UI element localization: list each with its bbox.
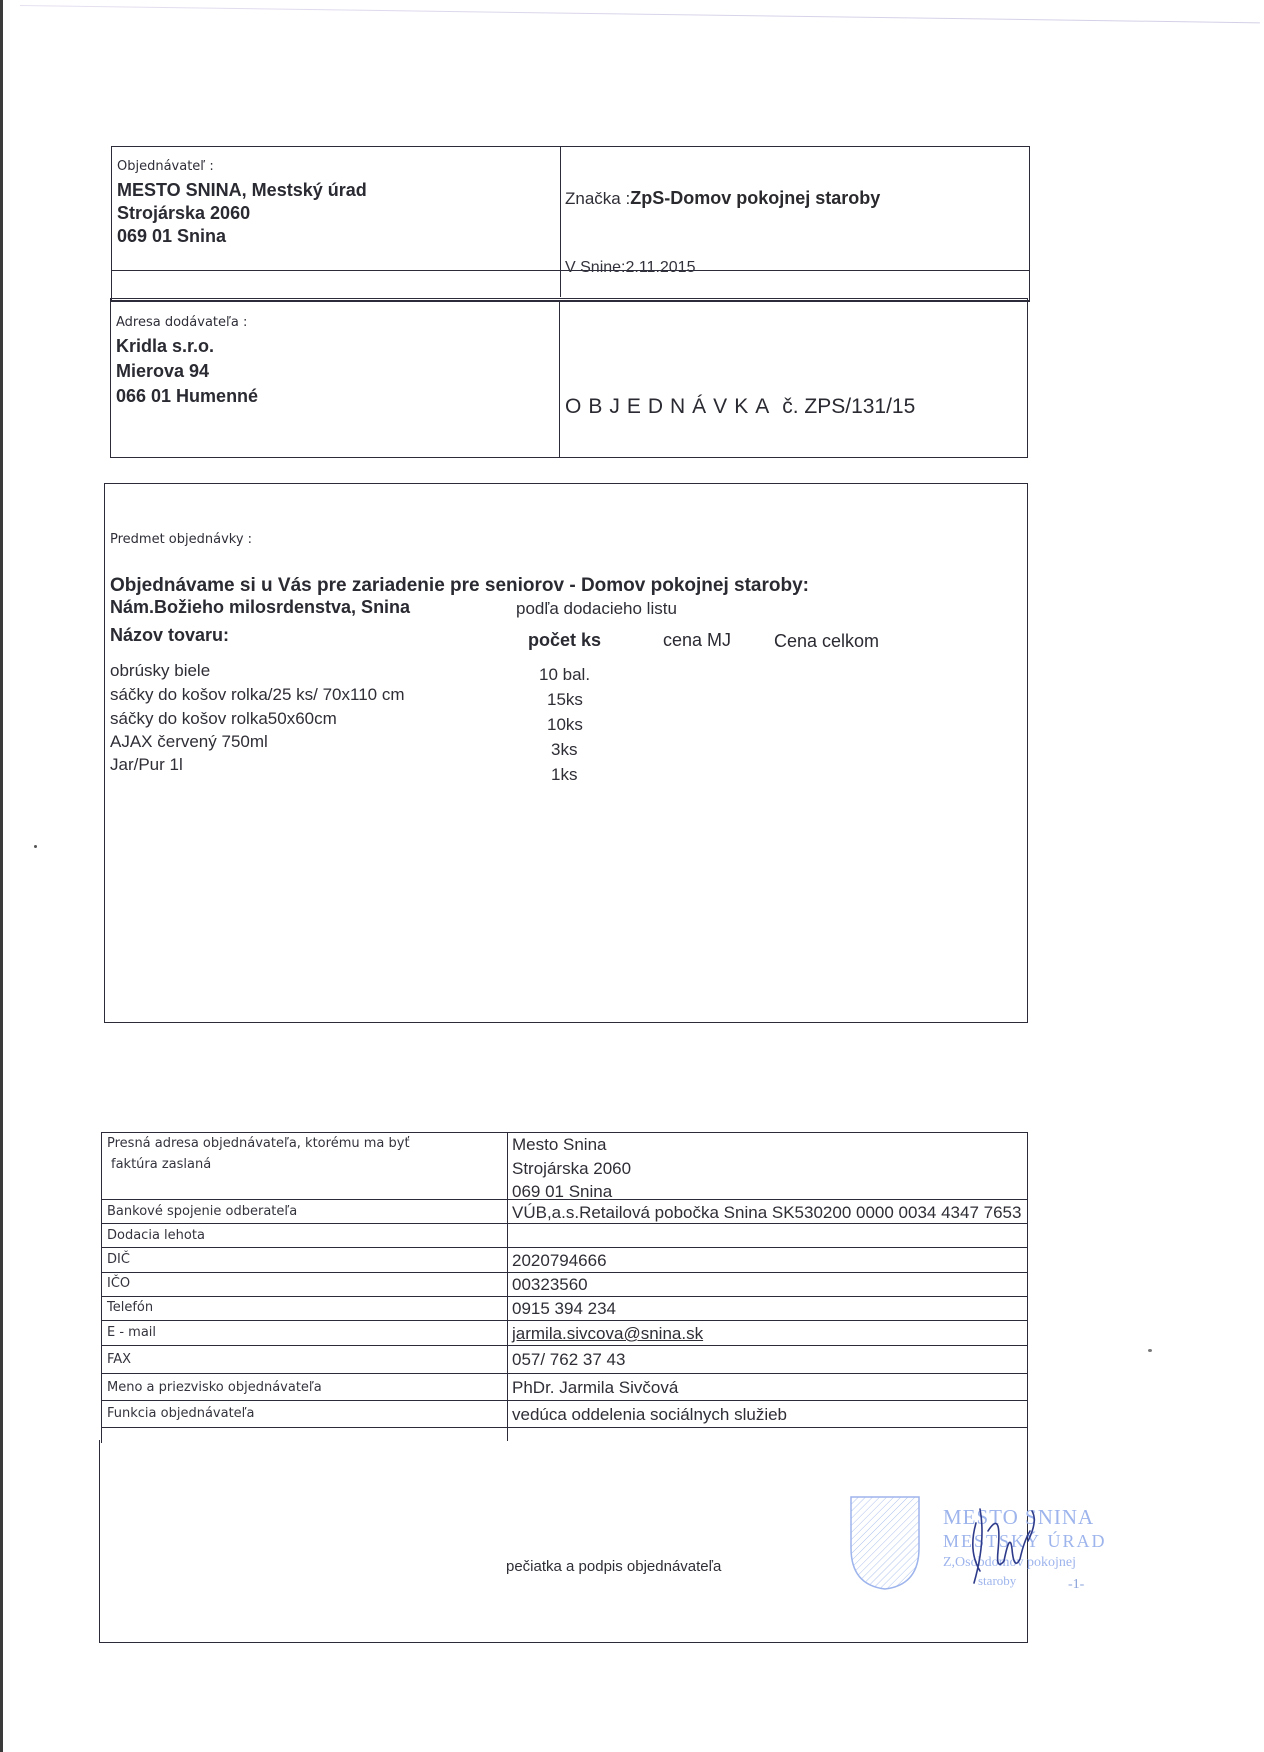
details-divider (507, 1133, 508, 1441)
scan-edge-top (20, 5, 1260, 23)
official-stamp: MESTO SNINA MESTSKÝ ÚRAD Z,Osobdomov pok… (848, 1493, 1108, 1599)
supplier-divider (559, 302, 560, 458)
supplier-street: Mierova 94 (116, 361, 209, 382)
details-row-line (102, 1400, 1028, 1401)
details-row-line (102, 1223, 1028, 1224)
supplier-label: Adresa dodávateľa : (116, 315, 247, 330)
details-row-line (102, 1373, 1028, 1374)
orderer-box (111, 146, 1030, 302)
column-name: Názov tovaru: (110, 625, 229, 646)
reference-value: ZpS-Domov pokojnej staroby (630, 188, 880, 208)
details-row-line (102, 1272, 1028, 1273)
details-row-line (102, 1247, 1028, 1248)
header-divider (560, 147, 561, 297)
signature-scribble-icon (958, 1501, 1068, 1591)
supplier-name: Kridla s.r.o. (116, 336, 214, 357)
reference-label: Značka : (565, 189, 630, 208)
orderer-person-label: Meno a priezvisko objednávateľa (107, 1380, 322, 1395)
supplier-city: 066 01 Humenné (116, 386, 258, 407)
phone-label: Telefón (107, 1300, 153, 1315)
email-link[interactable]: jarmila.sivcova@snina.sk (512, 1324, 703, 1344)
item-qty: 15ks (547, 690, 583, 710)
orderer-function-label: Funkcia objednávateľa (107, 1406, 255, 1421)
item-name: AJAX červený 750ml (110, 732, 268, 752)
details-row-line (102, 1132, 1028, 1133)
date-value: 2.11.2015 (625, 259, 695, 276)
invoice-address-line: Mesto Snina (512, 1135, 607, 1155)
subject-note: podľa dodacieho listu (516, 599, 677, 619)
signature-label: pečiatka a podpis objednávateľa (506, 1558, 721, 1575)
details-row-line (102, 1427, 1028, 1428)
invoice-address-label-2: faktúra zaslaná (111, 1157, 211, 1172)
item-name: Jar/Pur 1l (110, 755, 183, 775)
fax-label: FAX (107, 1352, 131, 1367)
scan-speck (34, 845, 37, 848)
column-unit-price: cena MJ (663, 630, 731, 651)
item-name: sáčky do košov rolka/25 ks/ 70x110 cm (110, 685, 405, 705)
order-title-word: OBJEDNÁVKA (565, 395, 776, 418)
dic-label: DIČ (107, 1252, 130, 1267)
phone-value: 0915 394 234 (512, 1299, 616, 1319)
subject-location: Nám.Božieho milosrdenstva, Snina (110, 597, 410, 618)
orderer-street: Strojárska 2060 (117, 203, 250, 224)
delivery-term-label: Dodacia lehota (107, 1228, 205, 1243)
fax-value: 057/ 762 37 43 (512, 1350, 625, 1370)
orderer-city: 069 01 Snina (117, 226, 226, 247)
supplier-box (110, 298, 1028, 458)
orderer-person-value: PhDr. Jarmila Sivčová (512, 1378, 678, 1398)
subject-label: Predmet objednávky : (110, 532, 252, 547)
bank-value: VÚB,a.s.Retailová pobočka Snina SK530200… (512, 1203, 1021, 1223)
ico-value: 00323560 (512, 1275, 588, 1295)
details-row-line (102, 1345, 1028, 1346)
item-name: sáčky do košov rolka50x60cm (110, 709, 337, 729)
bank-label: Bankové spojenie odberateľa (107, 1204, 297, 1219)
date-label: V Snine: (565, 259, 625, 276)
ico-label: IČO (107, 1276, 130, 1291)
invoice-address-line: Strojárska 2060 (512, 1159, 631, 1179)
dic-value: 2020794666 (512, 1251, 607, 1271)
item-qty: 10 bal. (539, 665, 590, 685)
details-row-line (102, 1320, 1028, 1321)
orderer-label: Objednávateľ : (117, 159, 214, 174)
order-number: č. ZPS/131/15 (782, 395, 915, 418)
order-date: V Snine:2.11.2015 (565, 259, 695, 277)
orderer-name: MESTO SNINA, Mestský úrad (117, 180, 367, 201)
reference: Značka :ZpS-Domov pokojnej staroby (565, 188, 880, 209)
item-qty: 3ks (551, 740, 577, 760)
subject-intro: Objednávame si u Vás pre zariadenie pre … (110, 575, 809, 597)
coat-of-arms-icon (848, 1493, 922, 1591)
orderer-function-value: vedúca oddelenia sociálnych služieb (512, 1405, 787, 1425)
details-row-line (102, 1296, 1028, 1297)
invoice-address-label: Presná adresa objednávateľa, ktorému ma … (107, 1136, 410, 1151)
column-total: Cena celkom (774, 631, 879, 652)
item-qty: 1ks (551, 765, 577, 785)
scan-speck (1148, 1349, 1152, 1352)
order-title: OBJEDNÁVKAč. ZPS/131/15 (565, 395, 915, 419)
email-label: E - mail (107, 1325, 156, 1340)
supplier-top-line (111, 300, 1029, 301)
item-name: obrúsky biele (110, 661, 210, 681)
invoice-address-line: 069 01 Snina (512, 1182, 612, 1202)
item-qty: 10ks (547, 715, 583, 735)
page-mark: -1- (1068, 1577, 1084, 1593)
column-qty: počet ks (528, 630, 601, 651)
scan-edge (0, 0, 3, 1752)
